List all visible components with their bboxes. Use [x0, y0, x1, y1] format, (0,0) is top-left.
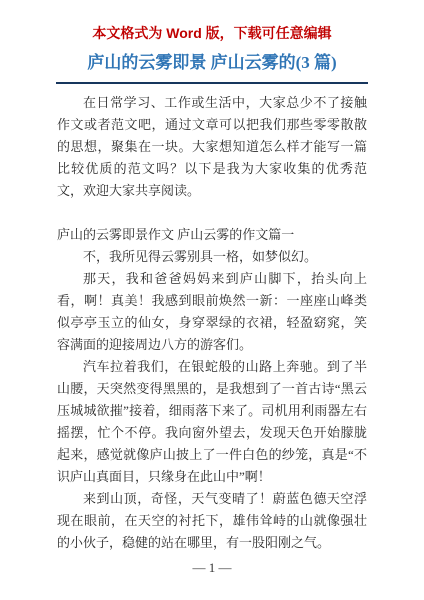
document-body: 在日常学习、工作或生活中，大家总少不了接触作文或者范文吧，通过文章可以把我们那些…: [57, 92, 367, 554]
body-paragraph: 汽车拉着我们，在银蛇般的山路上奔驰。到了半山腰，天突然变得黑黑的，是我想到了一首…: [57, 356, 367, 488]
intro-paragraph: 在日常学习、工作或生活中，大家总少不了接触作文或者范文吧，通过文章可以把我们那些…: [57, 92, 367, 202]
body-paragraph: 不，我所见得云雾别具一格，如梦似幻。: [57, 246, 367, 268]
body-paragraph: 那天，我和爸爸妈妈来到庐山脚下，抬头向上看，啊！真美！我感到眼前焕然一新：一座座…: [57, 268, 367, 356]
page-title: 庐山的云雾即景 庐山云雾的(3 篇): [42, 51, 382, 75]
body-paragraph: 来到山顶，奇怪，天气变晴了！蔚蓝色德天空浮现在眼前，在天空的衬托下，雄伟耸峙的山…: [57, 488, 367, 554]
title-divider: [56, 82, 368, 84]
document-page: 本文格式为 Word 版，下载可任意编辑 庐山的云雾即景 庐山云雾的(3 篇) …: [0, 0, 424, 600]
notice-banner: 本文格式为 Word 版，下载可任意编辑: [57, 24, 367, 42]
section-heading: 庐山的云雾即景作文 庐山云雾的作文篇一: [57, 224, 367, 246]
page-number: — 1 —: [57, 557, 367, 579]
